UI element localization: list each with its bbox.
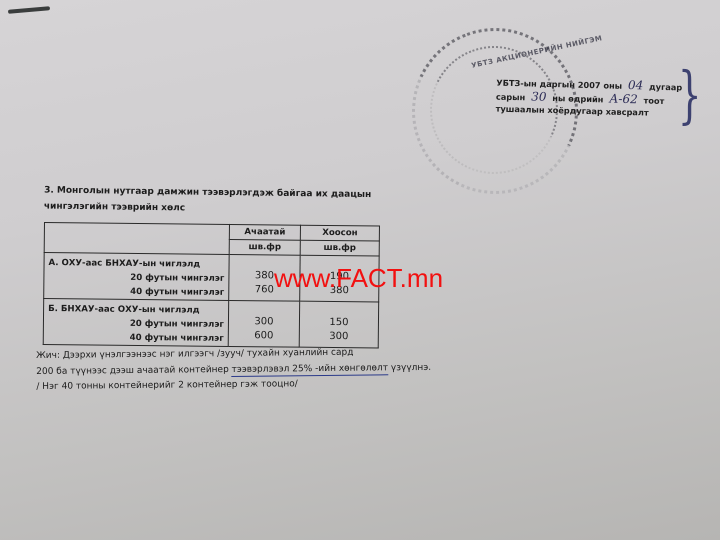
value-cell: 380 (255, 270, 274, 281)
handwritten-month: 04 (628, 79, 644, 92)
row-label: 20 футын чингэлэг (130, 273, 224, 284)
group-b-loaded: 300 600 (228, 300, 299, 347)
underlined-discount-text: тээвэрлэвэл 25% -ийн хөнгөлөлт (232, 363, 389, 377)
row-label: 40 футын чингэлэг (130, 287, 224, 298)
handwritten-day: 30 (531, 90, 547, 103)
handwritten-brace: } (678, 64, 702, 126)
section-title: 3. Монголын нутгаар дамжин тээвэрлэгдэж … (44, 182, 404, 219)
footnote-text: үзүүлнэ. (388, 362, 431, 372)
group-title: Б. БНХАУ-аас ОХУ-ын чиглэлд (48, 302, 224, 318)
pen-mark (8, 6, 50, 14)
table-header-row: Ачаатай Хоосон (44, 223, 379, 242)
table-corner-cell (44, 223, 229, 255)
value-cell: 300 (329, 331, 348, 342)
row-label: 20 футын чингэлэг (130, 319, 224, 330)
column-unit-loaded: шв.фр (229, 239, 300, 255)
group-title: А. ОХУ-аас БНХАУ-ын чиглэлд (48, 256, 224, 272)
value-cell: 760 (255, 284, 274, 295)
group-b-empty: 150 300 (299, 301, 378, 348)
column-header-empty: Хоосон (300, 225, 379, 241)
table-row: Б. БНХАУ-аас ОХУ-ын чиглэлд 20 футын чин… (43, 299, 378, 349)
row-label: 40 футын чингэлэг (130, 333, 224, 344)
handwritten-order-number: А-62 (609, 92, 638, 105)
document-page: УБТЗ АКЦИОНЕРИЙН НИЙГЭМ УБТЗ-ын даргын 2… (0, 0, 720, 540)
column-header-loaded: Ачаатай (229, 224, 300, 240)
group-b-labels: Б. БНХАУ-аас ОХУ-ын чиглэлд 20 футын чин… (43, 299, 228, 347)
group-a-labels: А. ОХУ-аас БНХАУ-ын чиглэлд 20 футын чин… (44, 253, 229, 301)
column-unit-empty: шв.фр (300, 240, 379, 256)
appendix-text: ны өдрийн (552, 93, 603, 104)
appendix-header: УБТЗ-ын даргын 2007 оны 04 дугаар сарын … (496, 76, 683, 120)
value-cell: 600 (254, 330, 273, 341)
appendix-text: сарын (496, 91, 526, 102)
footnote: Жич: Дээрхи үнэлгээнээс нэг илгээгч /зуу… (36, 344, 496, 395)
value-cell: 300 (254, 316, 273, 327)
footnote-text: 200 ба түүнээс дээш ачаатай контейнер (36, 364, 232, 376)
watermark: www.FACT.mn (274, 264, 443, 292)
appendix-text: тоот (643, 95, 664, 106)
value-cell: 150 (329, 317, 348, 328)
appendix-text: УБТЗ-ын даргын 2007 оны (496, 78, 622, 91)
